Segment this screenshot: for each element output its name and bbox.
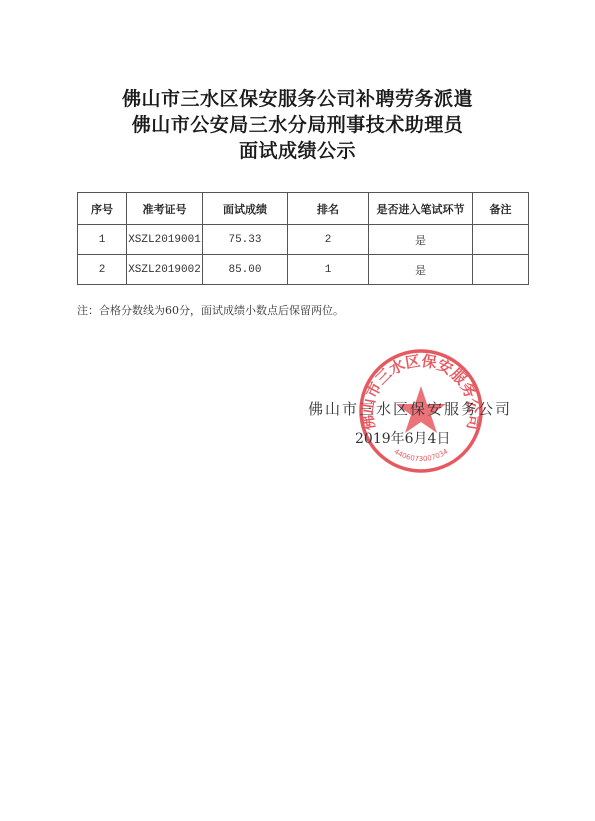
signature-date: 2019年6月4日: [355, 428, 450, 448]
cell-rank: 2: [288, 225, 369, 255]
header-rank: 排名: [288, 193, 369, 225]
cell-ticket: XSZL2019002: [127, 255, 203, 285]
svg-text:佛山市三水区保安服务公司: 佛山市三水区保安服务公司: [359, 352, 484, 432]
scores-table: 序号 准考证号 面试成绩 排名 是否进入笔试环节 备注 1 XSZL201900…: [77, 192, 529, 285]
title-line-3: 面试成绩公示: [0, 136, 595, 163]
seal-text: 佛山市三水区保安服务公司: [359, 352, 484, 432]
cell-remark: [473, 255, 529, 285]
table-row: 2 XSZL2019002 85.00 1 是: [78, 255, 529, 285]
cell-score: 75.33: [203, 225, 288, 255]
signature-organization: 佛山市三水区保安服务公司: [308, 398, 512, 419]
cell-remark: [473, 225, 529, 255]
cell-score: 85.00: [203, 255, 288, 285]
header-ticket: 准考证号: [127, 193, 203, 225]
footnote: 注：合格分数线为60分，面试成绩小数点后保留两位。: [77, 302, 344, 318]
title-line-1: 佛山市三水区保安服务公司补聘劳务派遣: [0, 84, 595, 111]
header-advance: 是否进入笔试环节: [369, 193, 473, 225]
header-score: 面试成绩: [203, 193, 288, 225]
title-line-2: 佛山市公安局三水分局刑事技术助理员: [0, 110, 595, 137]
cell-no: 2: [78, 255, 127, 285]
cell-ticket: XSZL2019001: [127, 225, 203, 255]
header-remark: 备注: [473, 193, 529, 225]
cell-advance: 是: [369, 255, 473, 285]
cell-advance: 是: [369, 225, 473, 255]
table-row: 1 XSZL2019001 75.33 2 是: [78, 225, 529, 255]
header-no: 序号: [78, 193, 127, 225]
cell-rank: 1: [288, 255, 369, 285]
svg-text:4406073007034: 4406073007034: [393, 447, 450, 463]
table-header-row: 序号 准考证号 面试成绩 排名 是否进入笔试环节 备注: [78, 193, 529, 225]
cell-no: 1: [78, 225, 127, 255]
seal-number: 4406073007034: [393, 447, 450, 463]
